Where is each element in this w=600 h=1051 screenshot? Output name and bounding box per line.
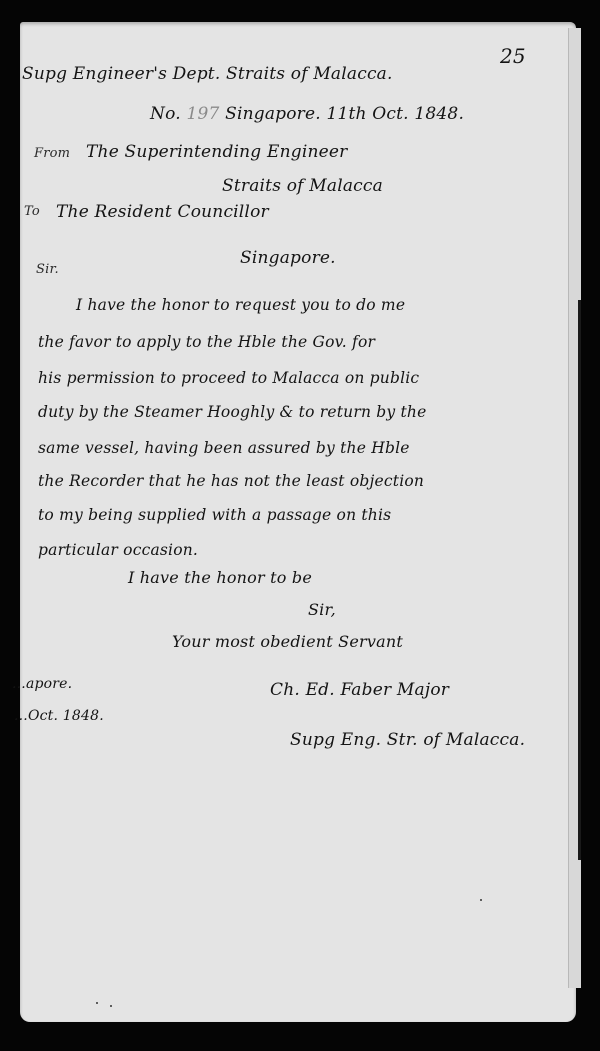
body-line: duty by the Steamer Hooghly & to return … [38,403,426,421]
body-line: particular occasion. [38,541,198,559]
signature-title: Supg Eng. Str. of Malacca. [290,730,525,750]
body-line: the Recorder that he has not the least o… [38,472,424,490]
signature-name: Ch. Ed. Faber Major [270,680,449,700]
body-line: I have the honor to request you to do me [76,296,405,314]
to-line-1: The Resident Councillor [56,202,269,222]
closing-line-3: Your most obedient Servant [172,632,403,651]
body-line: to my being supplied with a passage on t… [38,506,391,524]
letter-number: 197 [186,104,219,124]
body-line: same vessel, having been assured by the … [38,439,410,457]
left-margin-fragment-2: ...Oct. 1848. [14,708,104,724]
binding-shadow [578,300,581,860]
from-line-1: The Superintending Engineer [86,142,347,162]
closing-line-2: Sir, [308,600,336,619]
paper-speck [110,1005,112,1007]
from-line-2: Straits of Malacca [222,176,383,196]
number-prefix: No. [150,104,181,124]
salutation: Sir. [36,262,59,277]
header-department: Supg Engineer's Dept. Straits of Malacca… [22,64,393,84]
closing-line-1: I have the honor to be [128,568,312,587]
from-label: From [34,146,70,161]
header-number-date: No. 197 Singapore. 11th Oct. 1848. [150,104,464,124]
body-line: the favor to apply to the Hble the Gov. … [38,333,375,351]
to-label: To [24,204,40,219]
to-line-2: Singapore. [240,248,336,268]
paper-speck [96,1002,98,1004]
folio-number: 25 [500,44,526,68]
body-line: his permission to proceed to Malacca on … [38,369,419,387]
paper-speck [480,899,482,901]
left-margin-fragment-1: ...apore. [12,676,72,692]
place-date: Singapore. 11th Oct. 1848. [225,104,464,124]
